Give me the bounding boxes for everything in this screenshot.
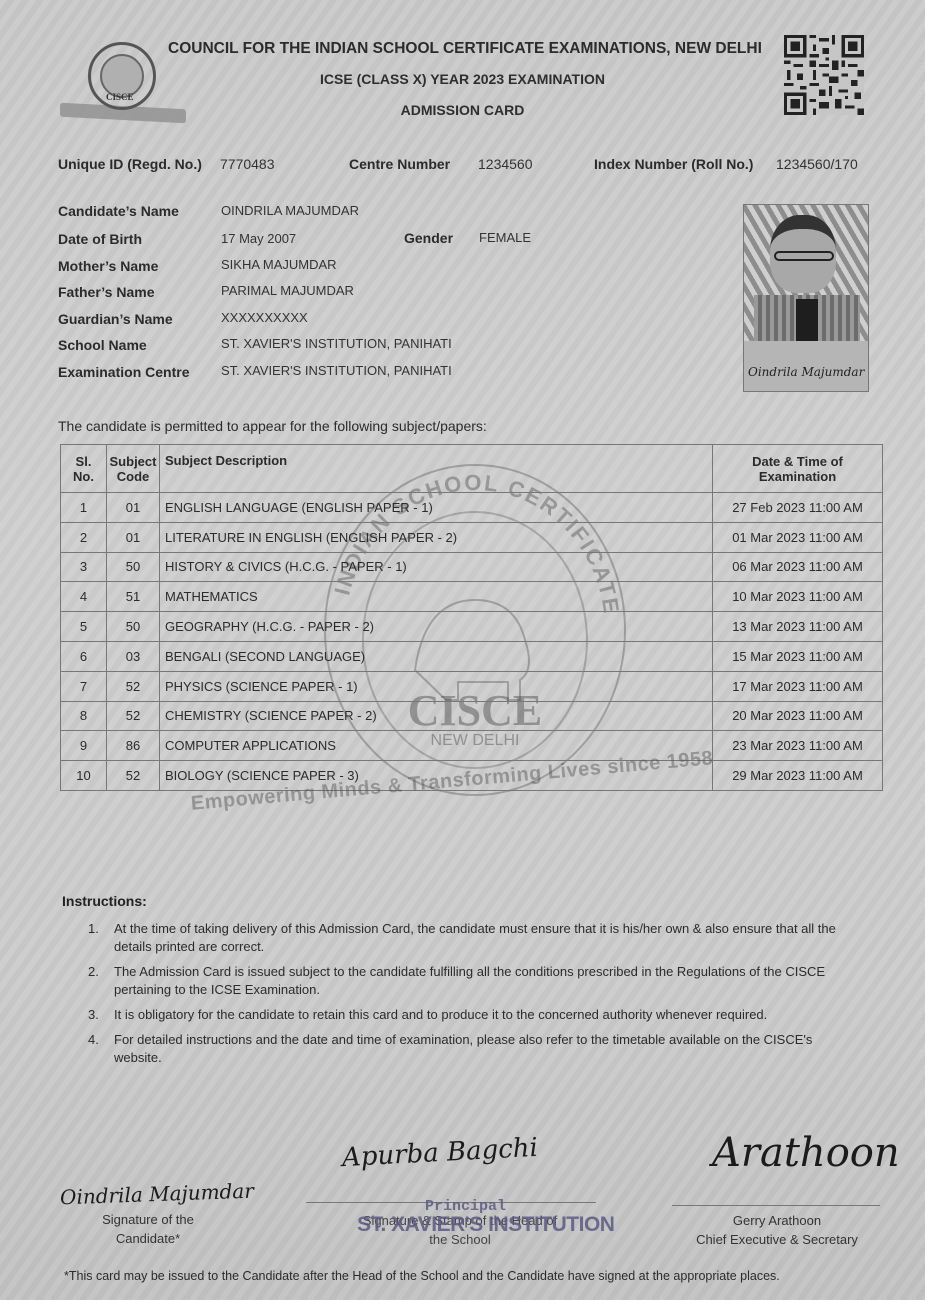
organization-title: COUNCIL FOR THE INDIAN SCHOOL CERTIFICAT…: [168, 40, 768, 58]
exam-date-time-cell: 13 Mar 2023 11:00 AM: [713, 612, 883, 642]
sl-no-cell: 6: [61, 641, 107, 671]
guardian-name-label: Guardian’s Name: [58, 311, 173, 327]
secretary-title: Chief Executive & Secretary: [672, 1230, 882, 1249]
candidate-name-value: OINDRILA MAJUMDAR: [221, 203, 359, 218]
gender-value: FEMALE: [479, 230, 531, 245]
table-row: 603BENGALI (SECOND LANGUAGE)15 Mar 2023 …: [61, 641, 883, 671]
index-number-label: Index Number (Roll No.): [594, 156, 753, 172]
subject-description-cell: PHYSICS (SCIENCE PAPER - 1): [160, 671, 713, 701]
instructions-list: 1.At the time of taking delivery of this…: [114, 920, 854, 1074]
sl-no-cell: 4: [61, 582, 107, 612]
subject-description-cell: MATHEMATICS: [160, 582, 713, 612]
table-row: 550GEOGRAPHY (H.C.G. - PAPER - 2)13 Mar …: [61, 612, 883, 642]
column-header-date-time: Date & Time ofExamination: [713, 445, 883, 493]
subject-code-cell: 01: [107, 493, 160, 523]
sl-no-cell: 8: [61, 701, 107, 731]
secretary-signature: Arathoon: [712, 1130, 900, 1176]
instruction-number: 1.: [88, 920, 99, 938]
candidate-photo: Oindrila Majumdar: [743, 204, 869, 392]
unique-id-value: 7770483: [220, 156, 275, 172]
column-header-subject-code: SubjectCode: [107, 445, 160, 493]
column-header-sl-no: Sl.No.: [61, 445, 107, 493]
subject-code-cell: 01: [107, 522, 160, 552]
guardian-name-value: XXXXXXXXXX: [221, 310, 308, 325]
exam-date-time-cell: 15 Mar 2023 11:00 AM: [713, 641, 883, 671]
school-name-value: ST. XAVIER'S INSTITUTION, PANIHATI: [221, 336, 452, 351]
centre-number-label: Centre Number: [349, 156, 450, 172]
instruction-item: 2.The Admission Card is issued subject t…: [114, 963, 854, 999]
subject-description-cell: HISTORY & CIVICS (H.C.G. - PAPER - 1): [160, 552, 713, 582]
subject-code-cell: 50: [107, 552, 160, 582]
table-row: 852CHEMISTRY (SCIENCE PAPER - 2)20 Mar 2…: [61, 701, 883, 731]
instruction-text: For detailed instructions and the date a…: [114, 1032, 812, 1065]
instructions-title: Instructions:: [62, 893, 147, 909]
photo-signature: Oindrila Majumdar: [748, 365, 864, 379]
subject-description-cell: LITERATURE IN ENGLISH (ENGLISH PAPER - 2…: [160, 522, 713, 552]
subject-description-cell: GEOGRAPHY (H.C.G. - PAPER - 2): [160, 612, 713, 642]
instruction-text: The Admission Card is issued subject to …: [114, 964, 825, 997]
admission-card: CISCE COUNCIL FOR THE INDIAN SCHOOL CERT…: [0, 0, 925, 1300]
subject-code-cell: 52: [107, 701, 160, 731]
dob-value: 17 May 2007: [221, 231, 296, 246]
table-header-row: Sl.No. SubjectCode Subject Description D…: [61, 445, 883, 493]
table-row: 101ENGLISH LANGUAGE (ENGLISH PAPER - 1)2…: [61, 493, 883, 523]
mother-name-label: Mother’s Name: [58, 258, 158, 274]
mother-name-value: SIKHA MAJUMDAR: [221, 257, 337, 272]
instruction-text: At the time of taking delivery of this A…: [114, 921, 836, 954]
table-row: 986COMPUTER APPLICATIONS23 Mar 2023 11:0…: [61, 731, 883, 761]
sl-no-cell: 1: [61, 493, 107, 523]
school-name-label: School Name: [58, 337, 147, 353]
sl-no-cell: 10: [61, 761, 107, 791]
subject-code-cell: 51: [107, 582, 160, 612]
exam-centre-label: Examination Centre: [58, 364, 189, 380]
table-row: 752PHYSICS (SCIENCE PAPER - 1)17 Mar 202…: [61, 671, 883, 701]
secretary-signature-caption: Gerry Arathoon Chief Executive & Secreta…: [672, 1211, 882, 1249]
instruction-item: 4.For detailed instructions and the date…: [114, 1031, 854, 1067]
subjects-table: Sl.No. SubjectCode Subject Description D…: [60, 444, 883, 791]
logo-text: CISCE: [106, 92, 134, 102]
exam-date-time-cell: 17 Mar 2023 11:00 AM: [713, 671, 883, 701]
table-row: 201LITERATURE IN ENGLISH (ENGLISH PAPER …: [61, 522, 883, 552]
gender-label: Gender: [404, 230, 453, 246]
subject-description-cell: ENGLISH LANGUAGE (ENGLISH PAPER - 1): [160, 493, 713, 523]
table-row: 451MATHEMATICS10 Mar 2023 11:00 AM: [61, 582, 883, 612]
table-row: 350HISTORY & CIVICS (H.C.G. - PAPER - 1)…: [61, 552, 883, 582]
candidate-name-label: Candidate’s Name: [58, 203, 179, 219]
unique-id-label: Unique ID (Regd. No.): [58, 156, 202, 172]
exam-date-time-cell: 23 Mar 2023 11:00 AM: [713, 731, 883, 761]
centre-number-value: 1234560: [478, 156, 533, 172]
permission-statement: The candidate is permitted to appear for…: [58, 418, 487, 434]
candidate-signature: Oindrila Majumdar: [60, 1179, 255, 1210]
father-name-label: Father’s Name: [58, 284, 154, 300]
sl-no-cell: 2: [61, 522, 107, 552]
exam-date-time-cell: 10 Mar 2023 11:00 AM: [713, 582, 883, 612]
school-stamp-name: ST. XAVIER'S INSTITUTION: [357, 1213, 614, 1237]
exam-date-time-cell: 20 Mar 2023 11:00 AM: [713, 701, 883, 731]
subject-description-cell: BENGALI (SECOND LANGUAGE): [160, 641, 713, 671]
sl-no-cell: 9: [61, 731, 107, 761]
subject-code-cell: 52: [107, 761, 160, 791]
instruction-number: 4.: [88, 1031, 99, 1049]
exam-date-time-cell: 06 Mar 2023 11:00 AM: [713, 552, 883, 582]
instruction-item: 1.At the time of taking delivery of this…: [114, 920, 854, 956]
subject-code-cell: 03: [107, 641, 160, 671]
sl-no-cell: 3: [61, 552, 107, 582]
index-number-value: 1234560/170: [776, 156, 858, 172]
secretary-name: Gerry Arathoon: [672, 1211, 882, 1230]
instruction-number: 2.: [88, 963, 99, 981]
head-of-school-signature: Apurba Bagchi: [341, 1133, 538, 1173]
exam-date-time-cell: 01 Mar 2023 11:00 AM: [713, 522, 883, 552]
qr-code-icon: [782, 35, 866, 115]
subject-code-cell: 86: [107, 731, 160, 761]
sl-no-cell: 5: [61, 612, 107, 642]
dob-label: Date of Birth: [58, 231, 142, 247]
sl-no-cell: 7: [61, 671, 107, 701]
column-header-subject-description: Subject Description: [160, 445, 713, 493]
exam-date-time-cell: 29 Mar 2023 11:00 AM: [713, 761, 883, 791]
secretary-signature-line: [672, 1205, 880, 1206]
candidate-signature-caption: Signature of the Candidate*: [88, 1210, 208, 1248]
exam-date-time-cell: 27 Feb 2023 11:00 AM: [713, 493, 883, 523]
subject-code-cell: 50: [107, 612, 160, 642]
subject-code-cell: 52: [107, 671, 160, 701]
footnote: *This card may be issued to the Candidat…: [64, 1269, 780, 1283]
subject-description-cell: CHEMISTRY (SCIENCE PAPER - 2): [160, 701, 713, 731]
instruction-number: 3.: [88, 1006, 99, 1024]
father-name-value: PARIMAL MAJUMDAR: [221, 283, 354, 298]
instruction-text: It is obligatory for the candidate to re…: [114, 1007, 767, 1022]
exam-centre-value: ST. XAVIER'S INSTITUTION, PANIHATI: [221, 363, 452, 378]
instruction-item: 3.It is obligatory for the candidate to …: [114, 1006, 854, 1024]
